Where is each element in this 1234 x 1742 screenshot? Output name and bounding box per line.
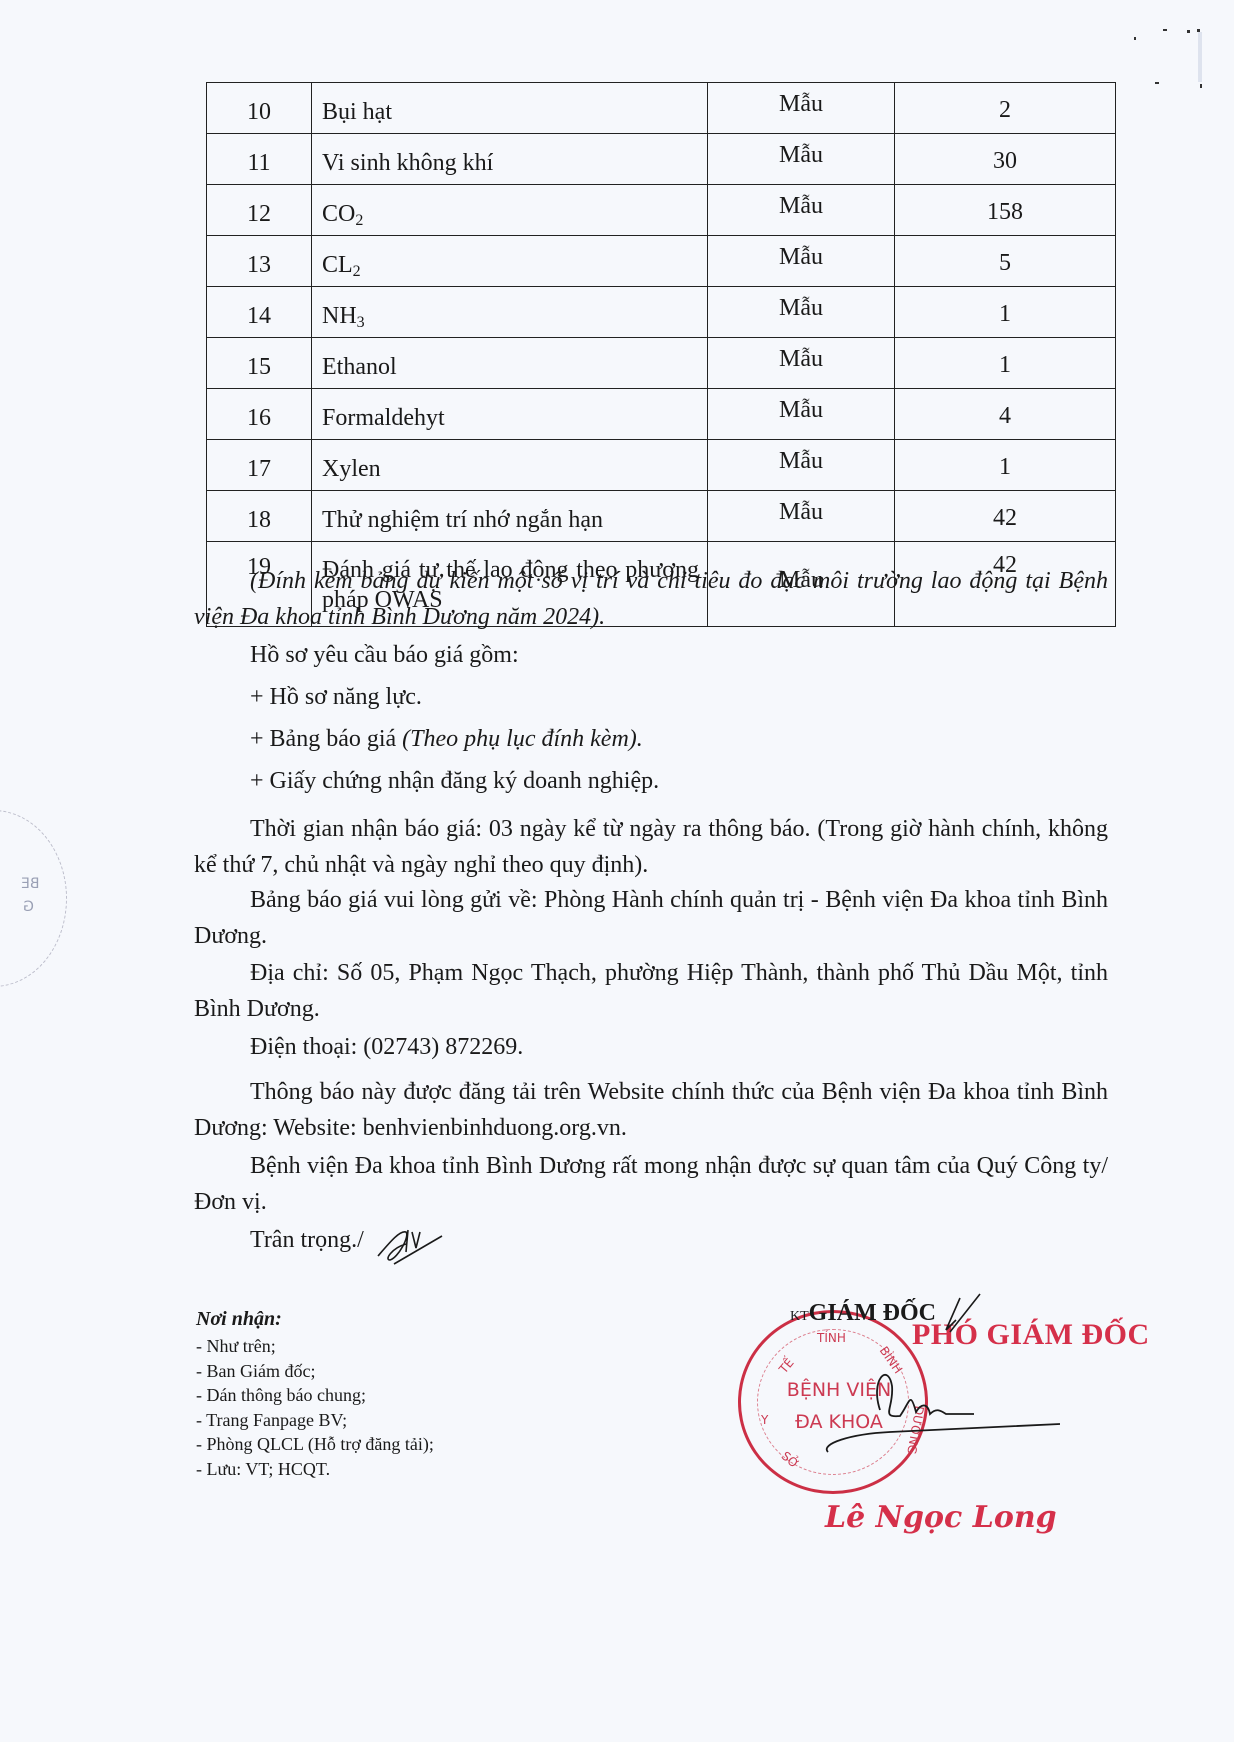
item-name: CO2 xyxy=(312,185,708,236)
table-row: 14NH3Mẫu1 xyxy=(207,287,1116,338)
signer-name: Lê Ngọc Long xyxy=(825,1500,1057,1535)
partial-stamp-left-edge: BE G xyxy=(0,810,67,987)
item-unit: Mẫu xyxy=(708,83,895,134)
dossier-item-quote-label: + Bảng báo giá xyxy=(250,726,402,752)
row-number: 17 xyxy=(207,440,312,491)
item-quantity: 158 xyxy=(895,185,1116,236)
item-name: Xylen xyxy=(312,440,708,491)
send-to-paragraph: Bảng báo giá vui lòng gửi về: Phòng Hành… xyxy=(194,882,1108,954)
table-row: 10Bụi hạtMẫu2 xyxy=(207,83,1116,134)
handwritten-signature-icon xyxy=(760,1290,1060,1460)
recipients-title: Nơi nhận: xyxy=(196,1308,282,1331)
dossier-item-business-cert: + Giấy chứng nhận đăng ký doanh nghiệp. xyxy=(250,768,659,795)
item-unit: Mẫu xyxy=(708,440,895,491)
item-unit: Mẫu xyxy=(708,491,895,542)
regards-line: Trân trọng./ xyxy=(250,1227,364,1254)
partial-stamp-text: BE xyxy=(21,876,39,892)
table-row: 11Vi sinh không khíMẫu30 xyxy=(207,134,1116,185)
recipient-item: - Ban Giám đốc; xyxy=(196,1359,434,1384)
address-paragraph: Địa chỉ: Số 05, Phạm Ngọc Thạch, phường … xyxy=(194,955,1108,1027)
item-name: Vi sinh không khí xyxy=(312,134,708,185)
item-quantity: 30 xyxy=(895,134,1116,185)
item-name: Ethanol xyxy=(312,338,708,389)
item-name: Thử nghiệm trí nhớ ngắn hạn xyxy=(312,491,708,542)
table-row: 18Thử nghiệm trí nhớ ngắn hạnMẫu42 xyxy=(207,491,1116,542)
attachment-note: (Đính kèm bảng dự kiến một số vị trí và … xyxy=(194,563,1108,635)
item-quantity: 2 xyxy=(895,83,1116,134)
item-unit: Mẫu xyxy=(708,287,895,338)
item-quantity: 4 xyxy=(895,389,1116,440)
item-unit: Mẫu xyxy=(708,338,895,389)
dossier-item-quote: + Bảng báo giá (Theo phụ lục đính kèm). xyxy=(250,726,643,753)
item-quantity: 1 xyxy=(895,440,1116,491)
scan-artifacts xyxy=(1130,20,1210,100)
receive-time-paragraph: Thời gian nhận báo giá: 03 ngày kể từ ng… xyxy=(194,811,1108,883)
item-unit: Mẫu xyxy=(708,134,895,185)
closing-paragraph: Bệnh viện Đa khoa tỉnh Bình Dương rất mo… xyxy=(194,1148,1108,1220)
item-unit: Mẫu xyxy=(708,236,895,287)
partial-stamp-text: G xyxy=(23,899,34,915)
website-paragraph: Thông báo này được đăng tải trên Website… xyxy=(194,1074,1108,1146)
recipient-item: - Như trên; xyxy=(196,1334,434,1359)
item-name: CL2 xyxy=(312,236,708,287)
row-number: 10 xyxy=(207,83,312,134)
item-unit: Mẫu xyxy=(708,185,895,236)
row-number: 13 xyxy=(207,236,312,287)
measurement-items-table: 10Bụi hạtMẫu211Vi sinh không khíMẫu3012C… xyxy=(206,82,1116,627)
item-name: Bụi hạt xyxy=(312,83,708,134)
recipient-item: - Lưu: VT; HCQT. xyxy=(196,1457,434,1482)
table-row: 13CL2Mẫu5 xyxy=(207,236,1116,287)
recipient-item: - Dán thông báo chung; xyxy=(196,1383,434,1408)
item-unit: Mẫu xyxy=(708,389,895,440)
row-number: 15 xyxy=(207,338,312,389)
item-quantity: 5 xyxy=(895,236,1116,287)
item-quantity: 1 xyxy=(895,287,1116,338)
row-number: 14 xyxy=(207,287,312,338)
item-name: NH3 xyxy=(312,287,708,338)
initials-signature-icon xyxy=(372,1222,452,1268)
item-name: Formaldehyt xyxy=(312,389,708,440)
dossier-title: Hồ sơ yêu cầu báo giá gồm: xyxy=(250,642,519,669)
table-row: 17XylenMẫu1 xyxy=(207,440,1116,491)
phone-line: Điện thoại: (02743) 872269. xyxy=(250,1034,523,1061)
dossier-item-quote-note: (Theo phụ lục đính kèm). xyxy=(402,726,643,752)
table-row: 15EthanolMẫu1 xyxy=(207,338,1116,389)
recipients-list: - Như trên;- Ban Giám đốc;- Dán thông bá… xyxy=(196,1334,434,1481)
table-row: 12CO2Mẫu158 xyxy=(207,185,1116,236)
dossier-item-capability: + Hồ sơ năng lực. xyxy=(250,684,422,711)
row-number: 12 xyxy=(207,185,312,236)
recipient-item: - Phòng QLCL (Hỗ trợ đăng tải); xyxy=(196,1432,434,1457)
row-number: 18 xyxy=(207,491,312,542)
row-number: 16 xyxy=(207,389,312,440)
row-number: 11 xyxy=(207,134,312,185)
recipient-item: - Trang Fanpage BV; xyxy=(196,1408,434,1433)
table-row: 16FormaldehytMẫu4 xyxy=(207,389,1116,440)
item-quantity: 42 xyxy=(895,491,1116,542)
item-quantity: 1 xyxy=(895,338,1116,389)
